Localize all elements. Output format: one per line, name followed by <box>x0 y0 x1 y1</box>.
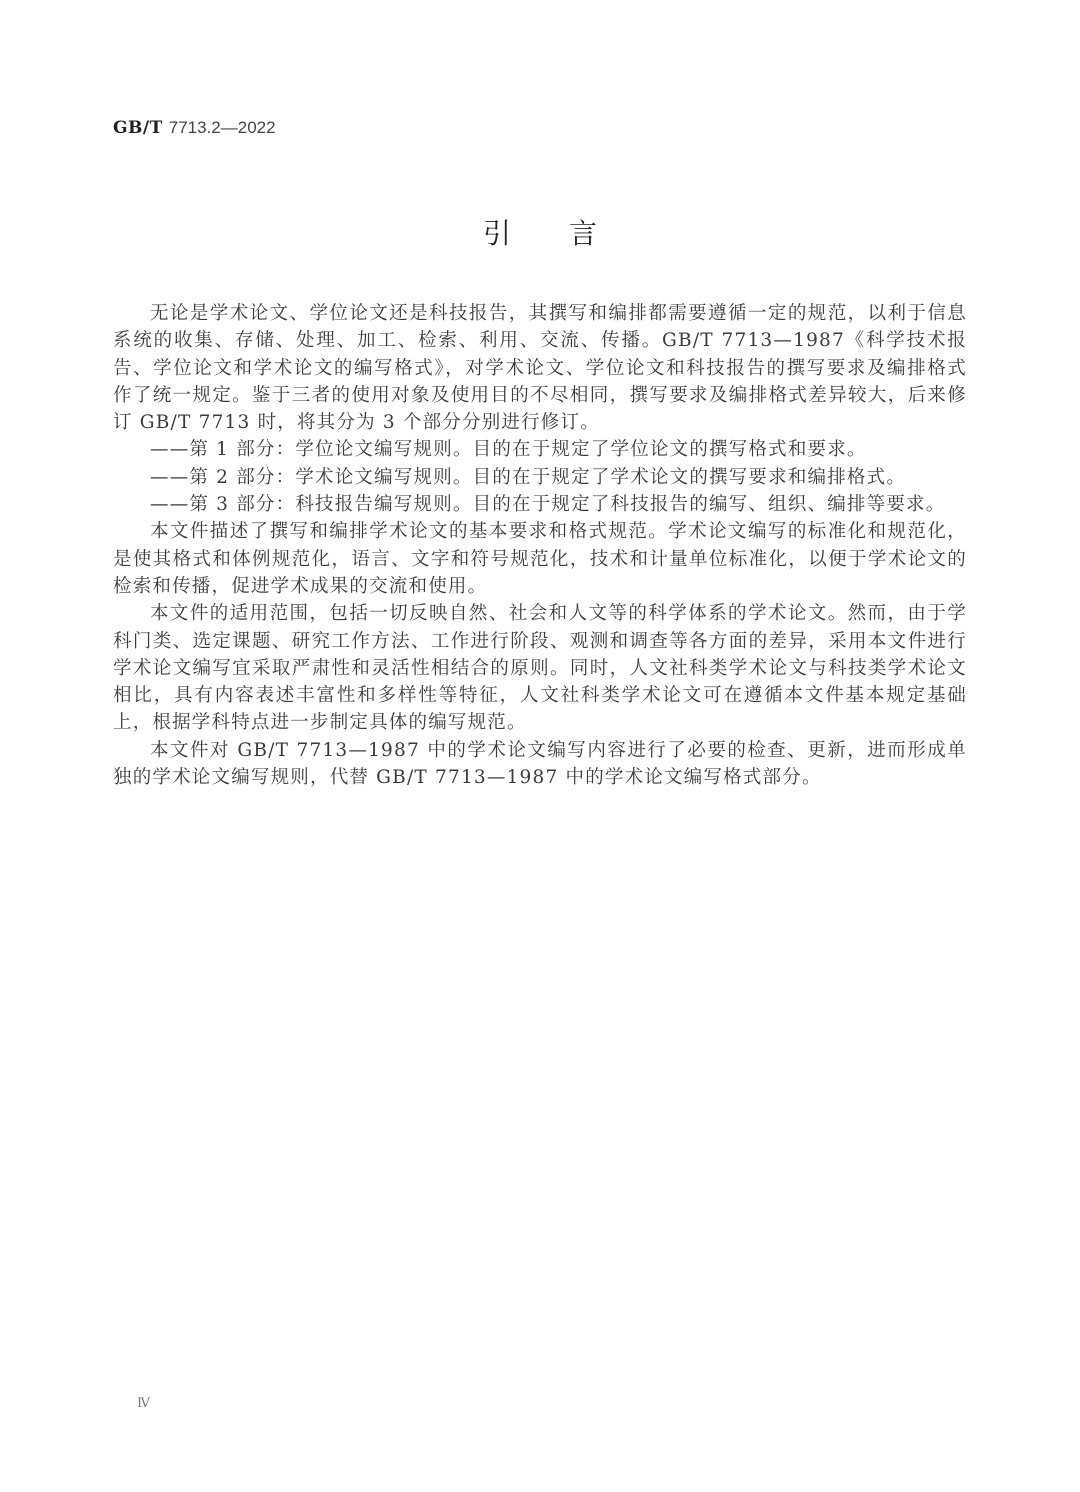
list-item-part-1: ——第 1 部分：学位论文编写规则。目的在于规定了学位论文的撰写格式和要求。 <box>113 436 967 463</box>
document-body: 无论是学术论文、学位论文还是科技报告，其撰写和编排都需要遵循一定的规范，以利于信… <box>113 300 967 791</box>
paragraph-description: 本文件描述了撰写和编排学术论文的基本要求和格式规范。学术论文编写的标准化和规范化… <box>113 518 967 600</box>
list-item-part-2: ——第 2 部分：学术论文编写规则。目的在于规定了学术论文的撰写要求和编排格式。 <box>113 464 967 491</box>
list-item-part-3: ——第 3 部分：科技报告编写规则。目的在于规定了科技报告的编写、组织、编排等要… <box>113 491 967 518</box>
page-number: Ⅳ <box>137 1396 150 1411</box>
title-char-2: 言 <box>569 212 597 252</box>
section-title: 引言 <box>0 212 1080 252</box>
standard-code-header: GB/T7713.2—2022 <box>113 118 276 138</box>
standard-number: 7713.2—2022 <box>169 118 276 137</box>
paragraph-scope: 本文件的适用范围，包括一切反映自然、社会和人文等的科学体系的学术论文。然而，由于… <box>113 600 967 736</box>
paragraph-intro: 无论是学术论文、学位论文还是科技报告，其撰写和编排都需要遵循一定的规范，以利于信… <box>113 300 967 436</box>
title-char-1: 引 <box>483 212 511 252</box>
standard-prefix: GB/T <box>113 118 163 138</box>
paragraph-replacement: 本文件对 GB/T 7713—1987 中的学术论文编写内容进行了必要的检查、更… <box>113 737 967 792</box>
